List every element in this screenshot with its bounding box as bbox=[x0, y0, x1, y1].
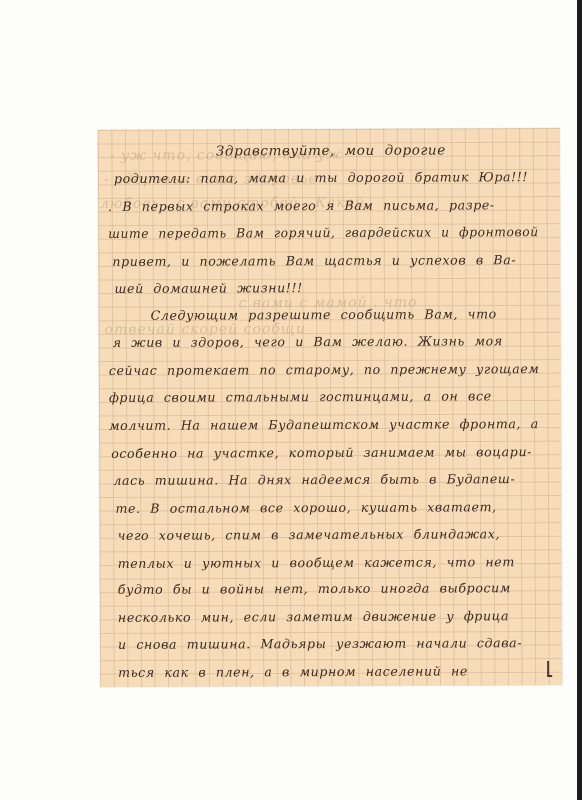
letter-line: шите передать Вам горячий, гвардейских и… bbox=[108, 224, 539, 241]
scanner-edge bbox=[577, 0, 582, 800]
letter-line: родители: папа, мама и ты дорогой братик… bbox=[114, 169, 528, 186]
letter-line: теплых и уютных и вообщем кажется, что н… bbox=[118, 554, 515, 571]
letter-line: . В первых строках моего я Вам письма, р… bbox=[108, 197, 495, 214]
letter-line: ться как в плен, а в мирном населений не bbox=[118, 663, 468, 680]
letter-line: особенно на участке, который занимаем мы… bbox=[111, 444, 532, 461]
letter-line: несколько мин, если заметим движение у ф… bbox=[118, 608, 509, 625]
letter-page: - уж что, сообщаю, она уж - здоровья ваш… bbox=[98, 128, 562, 687]
letter-line: и снова тишина. Мадьяры уезжают начали с… bbox=[118, 635, 522, 652]
letter-line: я жив и здоров, чего и Вам желаю. Жизнь … bbox=[113, 333, 503, 350]
margin-mark bbox=[547, 661, 549, 677]
letter-line: Следующим разрешите сообщить Вам, что bbox=[151, 306, 497, 323]
letter-line: фрица своими стальными гостинцами, а он … bbox=[109, 388, 492, 405]
letter-line: молчит. На нашем Будапештском участке фр… bbox=[109, 416, 539, 433]
letter-line: те. В остальном все хорошо, кушать хвата… bbox=[115, 499, 496, 516]
letter-line: будто бы и войны нет, только иногда выбр… bbox=[118, 580, 511, 597]
letter-line: лась тишина. На днях надеемся быть в Буд… bbox=[113, 471, 515, 488]
letter-line: шей домашней жизни!!! bbox=[114, 280, 302, 296]
letter-line: чего хочешь, спим в замечательных блинда… bbox=[118, 526, 501, 543]
greeting-line: Здравствуйте, мои дорогие bbox=[216, 142, 446, 159]
letter-line: сейчас протекает по старому, по прежнему… bbox=[109, 361, 540, 378]
letter-line: привет, и пожелать Вам щастья и успехов … bbox=[112, 252, 516, 269]
